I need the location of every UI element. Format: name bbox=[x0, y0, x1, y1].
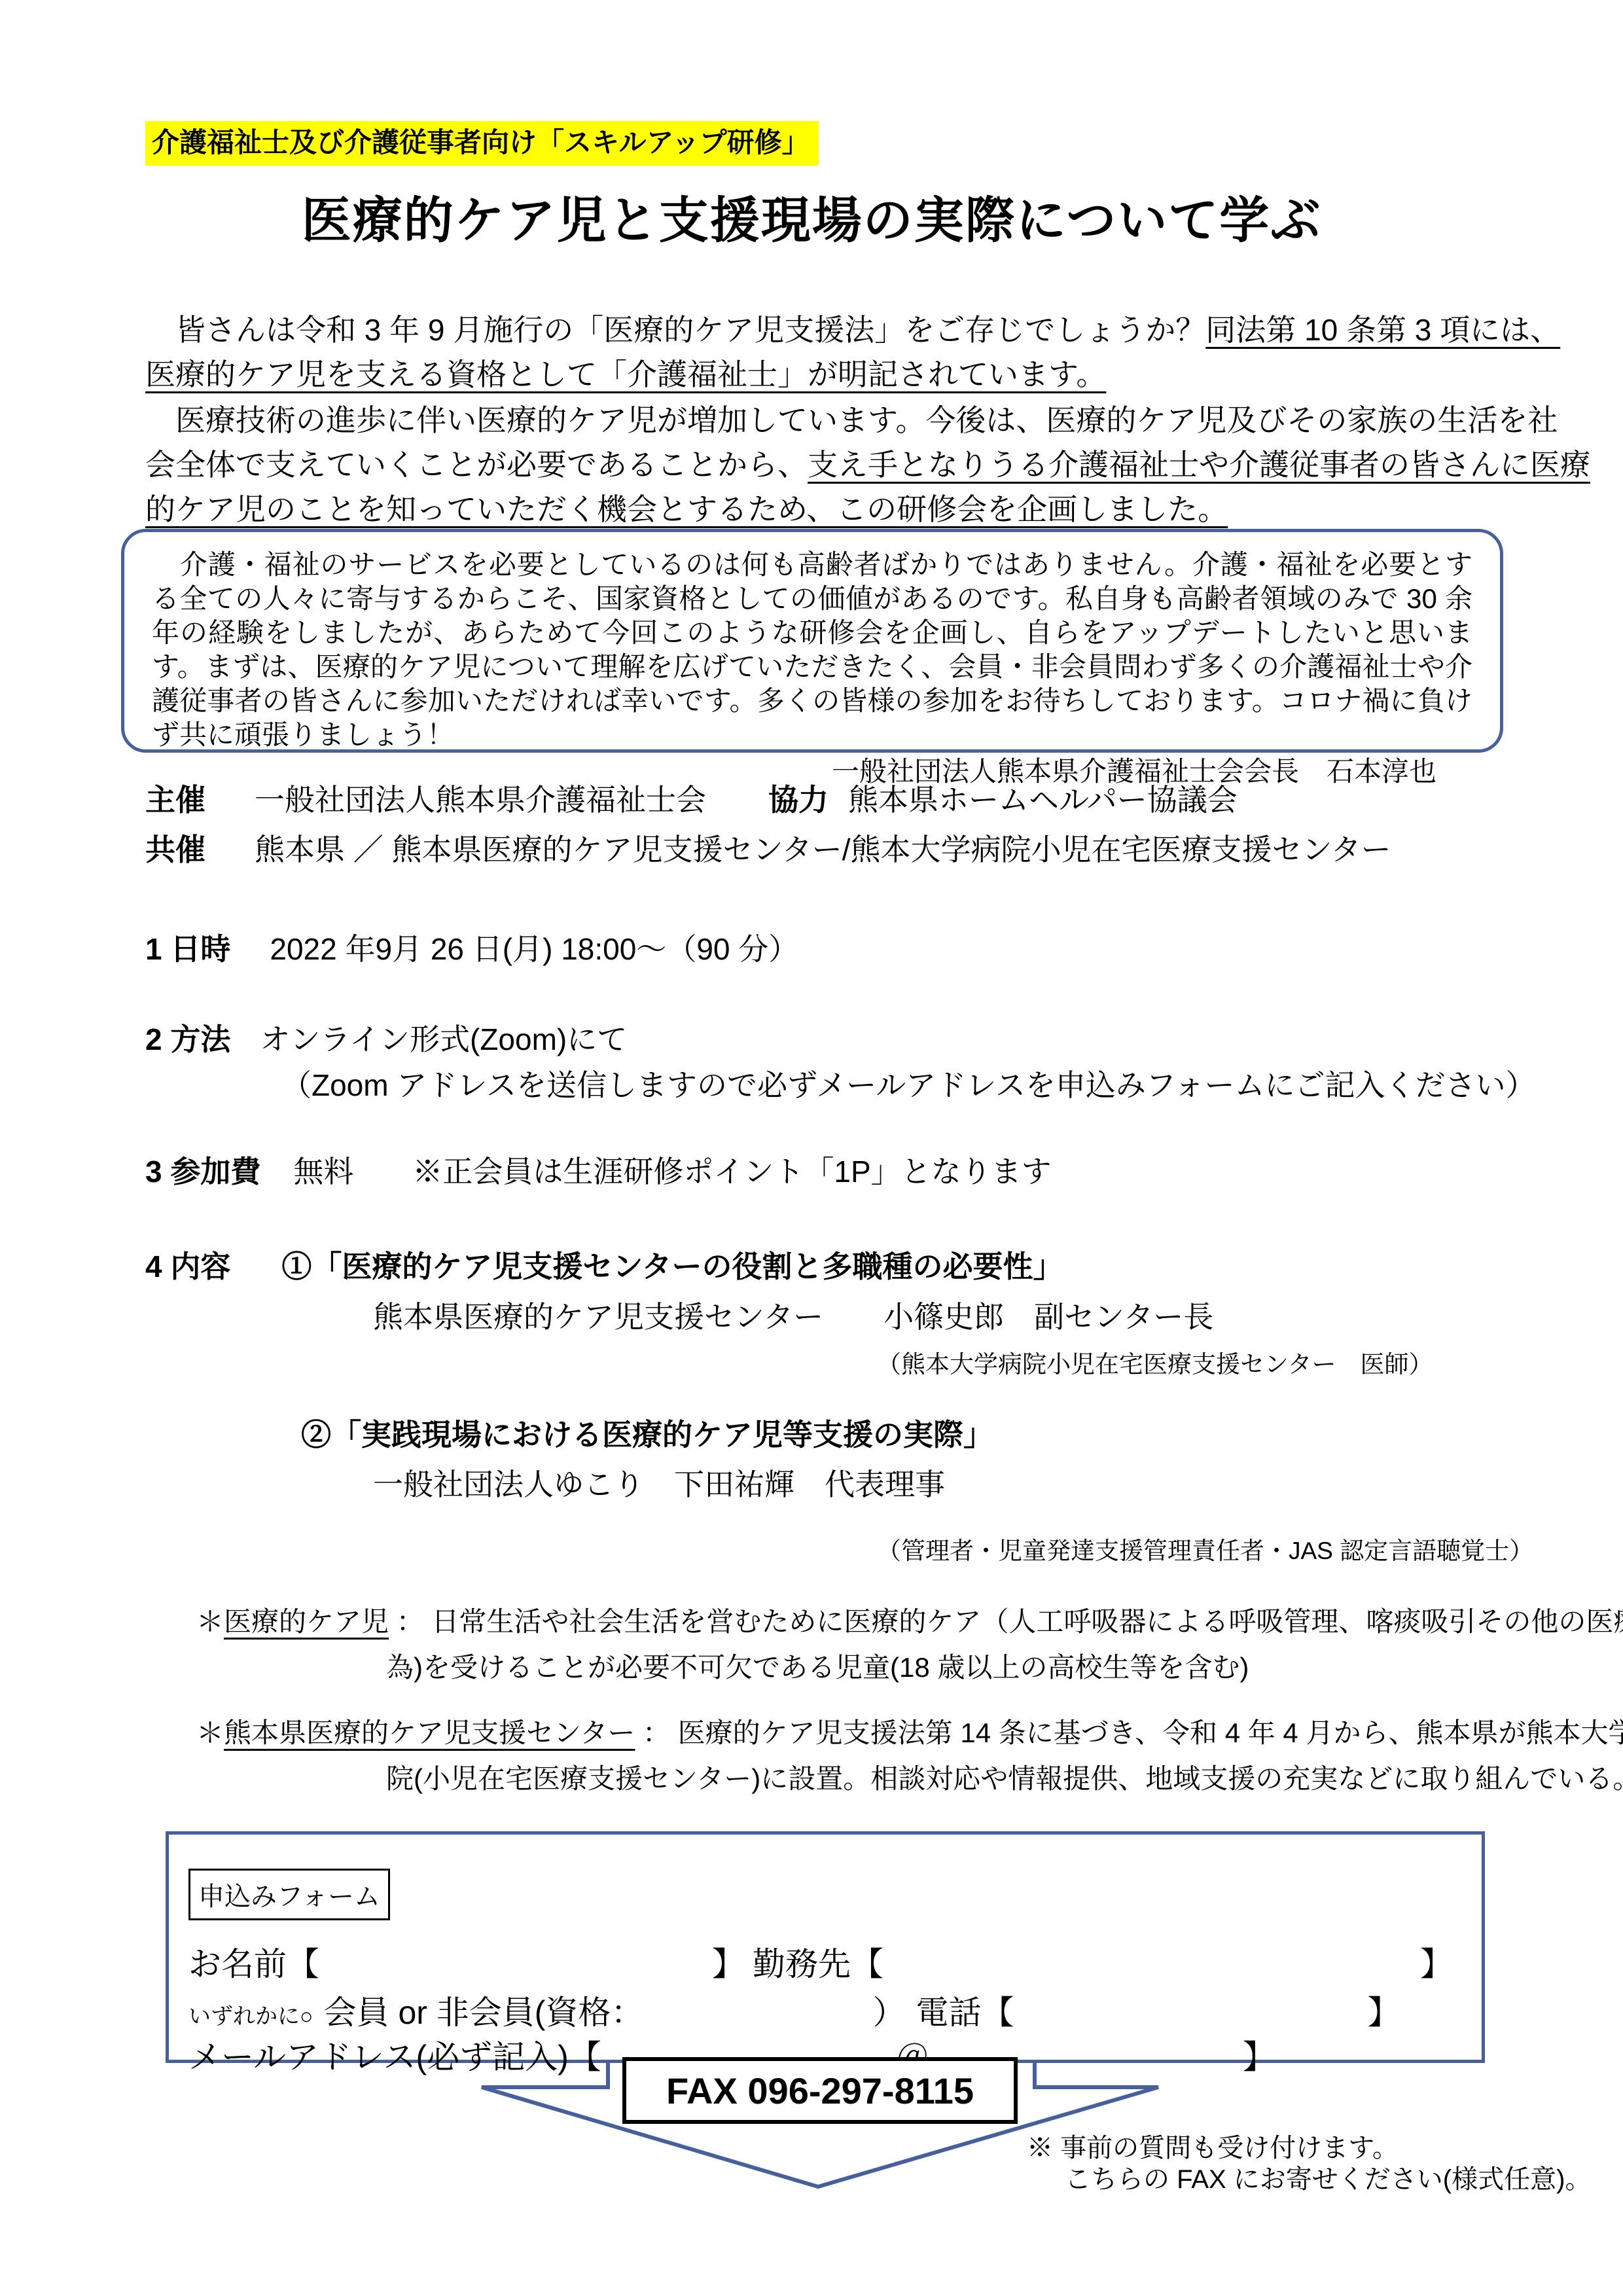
lecture1-title: ①「医療的ケア児支援センターの役割と多職種の必要性」 bbox=[281, 1249, 1063, 1283]
email-field-label: メールアドレス(必ず記入)【 bbox=[188, 2031, 601, 2078]
fee-value: 無料 bbox=[293, 1155, 353, 1189]
host-line: 主催一般社団法人熊本県介護福祉士会協力熊本県ホームヘルパー協議会 bbox=[145, 780, 1238, 819]
workplace-field-close: 】 bbox=[1420, 1938, 1453, 1985]
intro-p1-line2: 医療的ケア児を支える資格として「介護福祉士」が明記されています。 bbox=[145, 352, 1480, 397]
phone-field-blank[interactable] bbox=[1014, 2023, 1367, 2024]
email-field-close: 】 bbox=[1243, 2031, 1275, 2078]
qualification-field-blank[interactable] bbox=[643, 2023, 872, 2024]
workplace-field-label: 勤務先【 bbox=[753, 1938, 883, 1985]
glossary-asterisk-2: ＊ bbox=[196, 1717, 224, 1748]
cohost-label: 共催 bbox=[145, 833, 205, 867]
cohost-names: 熊本県 ／ 熊本県医療的ケア児支援センター/熊本大学病院小児在宅医療支援センター bbox=[255, 833, 1391, 867]
membership-circle-instruction: いずれかに○ bbox=[188, 1998, 313, 2030]
cohost-line: 共催熊本県 ／ 熊本県医療的ケア児支援センター/熊本大学病院小児在宅医療支援セン… bbox=[145, 830, 1391, 869]
intro-p2-line2: 会全体で支えていくことが必要であることから、支え手となりうる介護福祉士や介護従事… bbox=[145, 442, 1480, 487]
intro-p1-line2-underlined: 医療的ケア児を支える資格として「介護福祉士」が明記されています。 bbox=[145, 357, 1106, 391]
form-membership-row: いずれかに○会員 or 非会員(資格：）電話【】 bbox=[188, 1986, 1400, 2034]
intro-p2-line2-plain: 会全体で支えていくことが必要であることから、 bbox=[145, 448, 808, 482]
fax-number: FAX 096-297-8115 bbox=[666, 2070, 974, 2112]
name-field-close: 】 bbox=[712, 1938, 745, 1985]
phone-field-label: 電話【 bbox=[916, 1986, 1014, 2034]
method-value: オンライン形式(Zoom)にて bbox=[260, 1022, 627, 1056]
lecture1-speaker: 熊本県医療的ケア児支援センター 小篠史郎 副センター長 bbox=[373, 1297, 1213, 1336]
name-field-blank[interactable] bbox=[319, 1975, 712, 1975]
fax-note-line1: ※ 事前の質問も受け付けます。 bbox=[1027, 2132, 1399, 2164]
fee-label: 3 参加費 bbox=[145, 1155, 260, 1189]
intro-p1-line1-underlined: 同法第 10 条第 3 項には、 bbox=[1205, 313, 1560, 347]
application-form-title: 申込みフォーム bbox=[188, 1869, 390, 1920]
glossary-term1: 医療的ケア児 bbox=[224, 1606, 389, 1637]
support-label: 協力 bbox=[768, 783, 829, 817]
highlighted-tagline: 介護福祉士及び介護従事者向け「スキルアップ研修」 bbox=[145, 121, 819, 166]
fax-number-box: FAX 096-297-8115 bbox=[622, 2057, 1018, 2124]
glossary-term1-definition-1: ： 日常生活や社会生活を営むために医療的ケア（人工呼吸器による呼吸管理、喀痰吸引… bbox=[389, 1606, 1623, 1637]
method-line: 2 方法オンライン形式(Zoom)にて bbox=[145, 1020, 627, 1059]
content-line: 4 内容①「医療的ケア児支援センターの役割と多職種の必要性」 bbox=[145, 1247, 1063, 1286]
method-label: 2 方法 bbox=[145, 1022, 230, 1056]
glossary-asterisk-1: ＊ bbox=[196, 1606, 224, 1637]
intro-p2-line3-underlined: 的ケア児のことを知っていただく機会とするため、この研修会を企画しました。 bbox=[145, 492, 1228, 526]
glossary-term2-line2: 院(小児在宅医療支援センター)に設置。相談対応や情報提供、地域支援の充実などに取… bbox=[386, 1759, 1623, 1799]
glossary-term1-line2: 為)を受けることが必要不可欠である児童(18 歳以上の高校生等を含む) bbox=[386, 1648, 1249, 1687]
phone-field-close: 】 bbox=[1367, 1986, 1400, 2034]
support-name: 熊本県ホームヘルパー協議会 bbox=[848, 783, 1238, 817]
host-name: 一般社団法人熊本県介護福祉士会 bbox=[255, 783, 706, 817]
glossary-term2-line1: ＊熊本県医療的ケア児支援センター ： 医療的ケア児支援法第 14 条に基づき、令… bbox=[196, 1713, 1623, 1753]
membership-field-label[interactable]: 会員 or 非会員(資格： bbox=[324, 1986, 644, 2034]
glossary-term2: 熊本県医療的ケア児支援センター bbox=[224, 1717, 635, 1748]
lecture1-affiliation: （熊本大学病院小児在宅医療支援センター 医師） bbox=[877, 1345, 1433, 1384]
application-form-box: 申込みフォーム お名前【】勤務先【】 いずれかに○会員 or 非会員(資格：）電… bbox=[166, 1831, 1485, 2063]
chairman-message-text: 介護・福祉のサービスを必要としているのは何も高齢者ばかりではありません。介護・福… bbox=[152, 548, 1472, 752]
intro-p2-line1: 医療技術の進歩に伴い医療的ケア児が増加しています。今後は、医療的ケア児及びその家… bbox=[145, 398, 1480, 442]
intro-paragraph-1: 皆さんは令和 3 年 9 月施行の「医療的ケア児支援法」をご存じでしょうか？同法… bbox=[145, 308, 1480, 397]
datetime-value: 2022 年9月 26 日(月) 18:00～（90 分） bbox=[270, 932, 798, 966]
chairman-message-box: 介護・福祉のサービスを必要としているのは何も高齢者ばかりではありません。介護・福… bbox=[121, 529, 1503, 753]
glossary-term1-line1: ＊医療的ケア児 ： 日常生活や社会生活を営むために医療的ケア（人工呼吸器による呼… bbox=[196, 1602, 1623, 1641]
page-title: 医療的ケア児と支援現場の実際について学ぶ bbox=[0, 181, 1623, 252]
fee-note: ※正会員は生涯研修ポイント「1P」となります bbox=[412, 1155, 1051, 1189]
membership-field-close: ） bbox=[872, 1986, 905, 2034]
intro-p1-line1: 皆さんは令和 3 年 9 月施行の「医療的ケア児支援法」をご存じでしょうか？同法… bbox=[145, 308, 1480, 352]
lecture2-speaker: 一般社団法人ゆこり 下田祐輝 代表理事 bbox=[373, 1465, 945, 1504]
glossary-term2-definition-1: ： 医療的ケア児支援法第 14 条に基づき、令和 4 年 4 月から、熊本県が熊… bbox=[635, 1717, 1623, 1748]
intro-paragraph-2: 医療技術の進歩に伴い医療的ケア児が増加しています。今後は、医療的ケア児及びその家… bbox=[145, 398, 1480, 531]
intro-p2-line3: 的ケア児のことを知っていただく機会とするため、この研修会を企画しました。 bbox=[145, 487, 1480, 531]
host-label: 主催 bbox=[145, 783, 205, 817]
method-note-line: （Zoom アドレスを送信しますので必ずメールアドレスを申込みフォームにご記入く… bbox=[281, 1066, 1536, 1105]
fee-line: 3 参加費無料※正会員は生涯研修ポイント「1P」となります bbox=[145, 1152, 1052, 1191]
form-name-row: お名前【】勤務先【】 bbox=[188, 1938, 1453, 1985]
lecture2-affiliation: （管理者・児童発達支援管理責任者・JAS 認定言語聴覚士） bbox=[877, 1532, 1533, 1571]
intro-p1-line1-plain: 皆さんは令和 3 年 9 月施行の「医療的ケア児支援法」をご存じでしょうか？ bbox=[145, 313, 1205, 347]
flyer-page: 介護福祉士及び介護従事者向け「スキルアップ研修」 医療的ケア児と支援現場の実際に… bbox=[0, 0, 1623, 2296]
datetime-line: 1 日時2022 年9月 26 日(月) 18:00～（90 分） bbox=[145, 929, 798, 969]
fax-note-line2: こちらの FAX にお寄せください(様式任意)。 bbox=[1065, 2164, 1591, 2195]
datetime-label: 1 日時 bbox=[145, 932, 230, 966]
lecture2-title-line: ②「実践現場における医療的ケア児等支援の実際」 bbox=[301, 1415, 993, 1454]
intro-p2-line2-underlined: 支え手となりうる介護福祉士や介護従事者の皆さんに医療 bbox=[808, 448, 1590, 482]
content-label: 4 内容 bbox=[145, 1249, 230, 1283]
lecture2-title: ②「実践現場における医療的ケア児等支援の実際」 bbox=[301, 1418, 993, 1452]
name-field-label: お名前【 bbox=[188, 1938, 319, 1985]
workplace-field-blank[interactable] bbox=[883, 1975, 1420, 1975]
